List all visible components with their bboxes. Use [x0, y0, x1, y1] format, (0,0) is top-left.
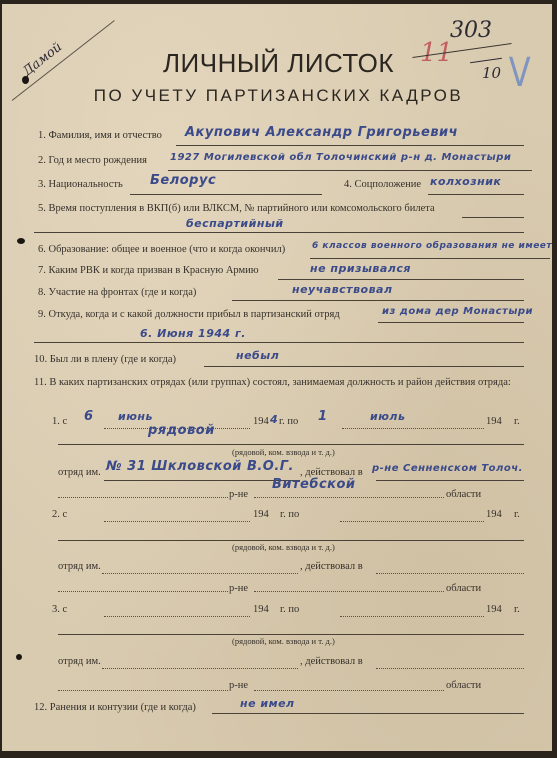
d2-num: 2. с	[52, 509, 67, 520]
label-education: 6. Образование: общее и военное (что и к…	[38, 244, 285, 255]
line-arrival-2	[34, 342, 524, 343]
d2-to-label: г. по	[280, 509, 299, 520]
label-arrival: 9. Откуда, когда и с какой должности при…	[38, 309, 340, 320]
label-conscription: 7. Каким РВК и когда призван в Красную А…	[38, 265, 259, 276]
line-wounds	[212, 713, 524, 714]
d2-oblast-label: области	[446, 583, 481, 594]
d1-g: г.	[514, 416, 520, 427]
d3-acted-label: , действовал в	[300, 656, 363, 667]
d2-rayon-label: р-не	[229, 583, 248, 594]
d1-position-line	[58, 444, 524, 445]
value-full-name: Акупович Александр Григорьевич	[185, 125, 458, 140]
document-title: ЛИЧНЫЙ ЛИСТОК	[0, 48, 557, 79]
d2-rayon-line	[58, 591, 228, 592]
file-number: 303	[450, 18, 492, 43]
d1-to-year: 194	[486, 416, 502, 427]
value-arrival-date: 6. Июня 1944 г.	[140, 327, 246, 340]
d1-position-hint: (рядовой, ком. взвода и т. д.)	[232, 447, 335, 457]
label-full-name: 1. Фамилия, имя и отчество	[38, 130, 162, 141]
d1-region: р-не Сенненском Толоч.	[372, 463, 523, 474]
line-conscription	[278, 279, 524, 280]
d2-to-year: 194	[486, 509, 502, 520]
line-party-2	[34, 232, 524, 233]
value-nationality: Белорус	[150, 173, 216, 188]
d3-region-line	[376, 668, 524, 669]
value-social-status: колхозник	[430, 175, 501, 188]
d3-from-year: 194	[253, 604, 269, 615]
d1-detachment-label: отряд им.	[58, 467, 101, 478]
d1-from-year-digit: 4	[270, 413, 278, 426]
d1-from-year: 194	[253, 416, 269, 427]
d1-region-line	[376, 480, 524, 481]
label-social-status: 4. Соцположение	[344, 179, 421, 190]
d1-from-day: 6	[84, 409, 94, 424]
line-full-name	[176, 145, 524, 146]
line-education	[310, 258, 550, 259]
label-nationality: 3. Национальность	[38, 179, 123, 190]
value-wounds: не имел	[240, 697, 295, 710]
d3-position-hint: (рядовой, ком. взвода и т. д.)	[232, 636, 335, 646]
d2-position-line	[58, 540, 524, 541]
d1-rayon-line	[58, 497, 228, 498]
value-birth: 1927 Могилевской обл Толочинский р-н д. …	[170, 152, 511, 163]
line-nationality	[130, 194, 322, 195]
label-detachments: 11. В каких партизанских отрядах (или гр…	[34, 377, 511, 388]
d1-position: рядовой	[148, 423, 215, 438]
d2-to-line	[340, 521, 484, 522]
line-fronts	[232, 300, 524, 301]
line-party-1	[462, 217, 524, 218]
d3-detachment-line	[102, 668, 298, 669]
d3-to-label: г. по	[280, 604, 299, 615]
d3-num: 3. с	[52, 604, 67, 615]
d3-g: г.	[514, 604, 520, 615]
d2-position-hint: (рядовой, ком. взвода и т. д.)	[232, 542, 335, 552]
value-arrival: из дома дер Монастыри	[382, 306, 533, 317]
line-captivity	[204, 366, 524, 367]
d3-position-line	[58, 634, 524, 635]
line-social-status	[428, 194, 524, 195]
d1-oblast: Витебской	[272, 477, 356, 492]
label-wounds: 12. Ранения и контузии (где и когда)	[34, 702, 196, 713]
value-fronts: неучавствовал	[292, 283, 393, 296]
d2-g: г.	[514, 509, 520, 520]
line-arrival-1	[378, 322, 524, 323]
d2-from-year: 194	[253, 509, 269, 520]
label-fronts: 8. Участие на фронтах (где и когда)	[38, 287, 196, 298]
d3-to-year: 194	[486, 604, 502, 615]
ink-blot	[17, 238, 25, 244]
d1-oblast-label: области	[446, 489, 481, 500]
ink-blot	[16, 654, 22, 660]
d1-to-month: июль	[370, 410, 405, 423]
d3-rayon-label: р-не	[229, 680, 248, 691]
document-subtitle: ПО УЧЕТУ ПАРТИЗАНСКИХ КАДРОВ	[0, 86, 557, 106]
label-birth: 2. Год и место рождения	[38, 155, 147, 166]
d1-from-month: июнь	[118, 410, 153, 423]
d3-to-line	[340, 616, 484, 617]
d1-to-month-line	[342, 428, 484, 429]
label-captivity: 10. Был ли в плену (где и когда)	[34, 354, 176, 365]
d2-from-line	[104, 521, 250, 522]
d2-detachment-line	[102, 573, 298, 574]
d1-to-day: 1	[318, 409, 328, 424]
d2-acted-label: , действовал в	[300, 561, 363, 572]
d3-oblast-label: области	[446, 680, 481, 691]
value-education: 6 классов военного образования не имеет	[312, 241, 552, 251]
line-birth	[168, 170, 532, 171]
d2-region-line	[376, 573, 524, 574]
d3-oblast-line	[254, 690, 444, 691]
d1-to-label: г. по	[279, 416, 298, 427]
d3-from-line	[104, 616, 250, 617]
d1-num: 1. с	[52, 416, 67, 427]
value-captivity: небыл	[236, 349, 279, 362]
label-party: 5. Время поступления в ВКП(б) или ВЛКСМ,…	[38, 203, 435, 214]
d2-detachment-label: отряд им.	[58, 561, 101, 572]
value-conscription: не призывался	[310, 262, 411, 275]
d3-detachment-label: отряд им.	[58, 656, 101, 667]
d1-detachment: № 31 Шкловской В.О.Г.	[106, 459, 294, 474]
d3-rayon-line	[58, 690, 228, 691]
d2-oblast-line	[254, 591, 444, 592]
d1-rayon-label: р-не	[229, 489, 248, 500]
d1-oblast-line	[254, 497, 444, 498]
d1-detachment-line	[104, 480, 300, 481]
value-party: беспартийный	[186, 217, 284, 230]
